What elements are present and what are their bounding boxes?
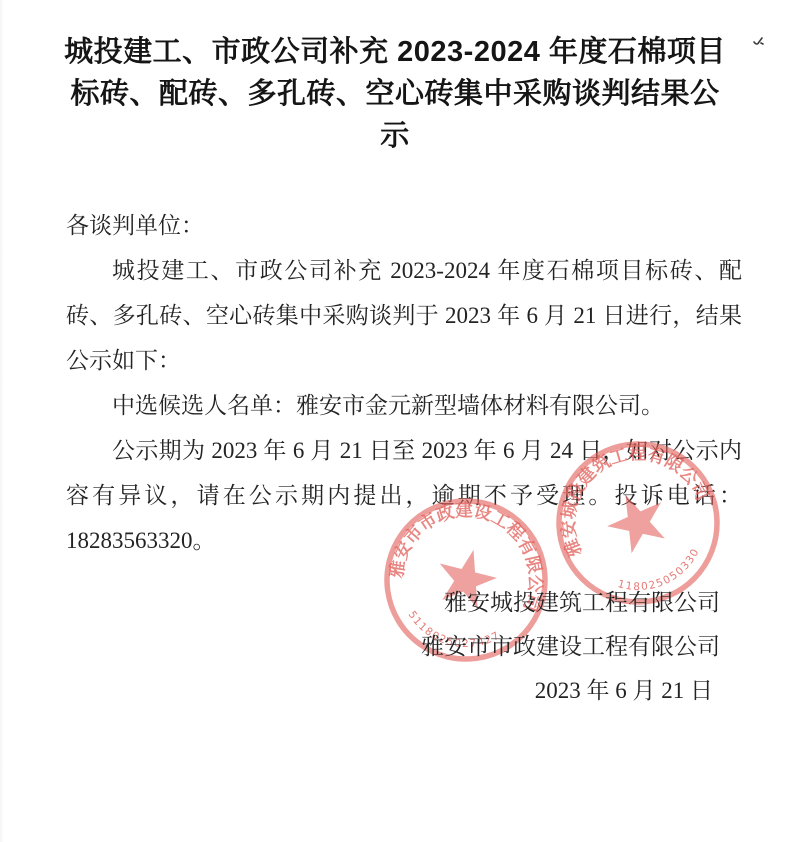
paragraph-negotiation-info: 城投建工、市政公司补充 2023-2024 年度石棉项目标砖、配砖、多孔砖、空心… (66, 248, 742, 383)
paragraph-winner: 中选候选人名单：雅安市金元新型墙体材料有限公司。 (66, 383, 742, 428)
document-title-line2: 标砖、配砖、多孔砖、空心砖集中采购谈判结果公 (47, 73, 743, 115)
signature-company-2: 雅安市市政建设工程有限公司 (0, 625, 720, 669)
signature-block: 雅安城投建筑工程有限公司 雅安市市政建设工程有限公司 2023 年 6 月 21… (0, 581, 720, 713)
signature-company-1: 雅安城投建筑工程有限公司 (0, 581, 720, 625)
scanned-document-page: { "page": { "background": "#ffffff", "te… (0, 0, 790, 842)
document-body: 各谈判单位： 城投建工、市政公司补充 2023-2024 年度石棉项目标砖、配砖… (66, 203, 742, 563)
paragraph-publicity-period: 公示期为 2023 年 6 月 21 日至 2023 年 6 月 24 日，如对… (66, 428, 742, 563)
salutation: 各谈判单位： (66, 203, 742, 248)
document-title: 城投建工、市政公司补充 2023-2024 年度石棉项目 标砖、配砖、多孔砖、空… (47, 31, 743, 157)
document-title-line1: 城投建工、市政公司补充 2023-2024 年度石棉项目 (47, 31, 743, 73)
document-title-line3: 示 (47, 115, 743, 157)
signature-date: 2023 年 6 月 21 日 (0, 669, 720, 713)
scan-edge-shadow (0, 0, 4, 842)
scan-artifact-mark (752, 34, 768, 50)
